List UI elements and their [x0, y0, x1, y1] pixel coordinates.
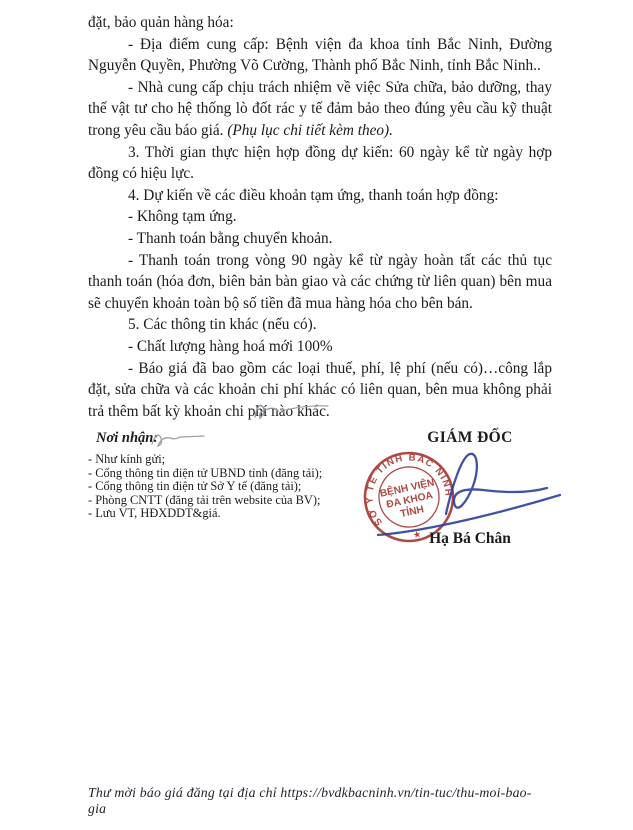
handwritten-initials [248, 393, 334, 425]
handwritten-annotation [148, 428, 212, 450]
recipient-item: - Phòng CNTT (đăng tải trên website của … [88, 494, 378, 508]
document-page: đặt, bảo quản hàng hóa: - Địa điểm cung … [0, 0, 633, 830]
paragraph: 4. Dự kiến về các điều khoản tạm ứng, th… [88, 185, 552, 207]
recipient-item: - Như kính gửi; [88, 453, 378, 467]
paragraph: - Chất lượng hàng hoá mới 100% [88, 336, 552, 358]
paragraph: 3. Thời gian thực hiện hợp đồng dự kiến:… [88, 142, 552, 185]
paragraph: - Nhà cung cấp chịu trách nhiệm về việc … [88, 77, 552, 142]
paragraph: - Địa điểm cung cấp: Bệnh viện đa khoa t… [88, 34, 552, 77]
recipient-item: - Cổng thông tin điện tử UBND tỉnh (đăng… [88, 467, 378, 481]
paragraph: 5. Các thông tin khác (nếu có). [88, 314, 552, 336]
paragraph: - Thanh toán trong vòng 90 ngày kể từ ng… [88, 250, 552, 315]
footer-note: Thư mời báo giá đăng tại địa chỉ https:/… [88, 785, 548, 817]
italic-note: (Phụ lục chi tiết kèm theo). [227, 122, 393, 139]
recipient-item: - Lưu VT, HĐXDDT&giá. [88, 507, 378, 521]
paragraph: - Không tạm ứng. [88, 206, 552, 228]
recipient-item: - Cổng thông tin điện tử Sở Y tế (đăng t… [88, 480, 378, 494]
body-text-block: đặt, bảo quản hàng hóa: - Địa điểm cung … [88, 12, 552, 422]
recipients-list: - Như kính gửi; - Cổng thông tin điện tử… [88, 453, 378, 521]
signer-name: Hạ Bá Chân [405, 530, 535, 548]
paragraph: đặt, bảo quản hàng hóa: [88, 12, 552, 34]
recipients-block: Nơi nhận: - Như kính gửi; - Cổng thông t… [88, 429, 378, 521]
paragraph: - Thanh toán bằng chuyển khoản. [88, 228, 552, 250]
